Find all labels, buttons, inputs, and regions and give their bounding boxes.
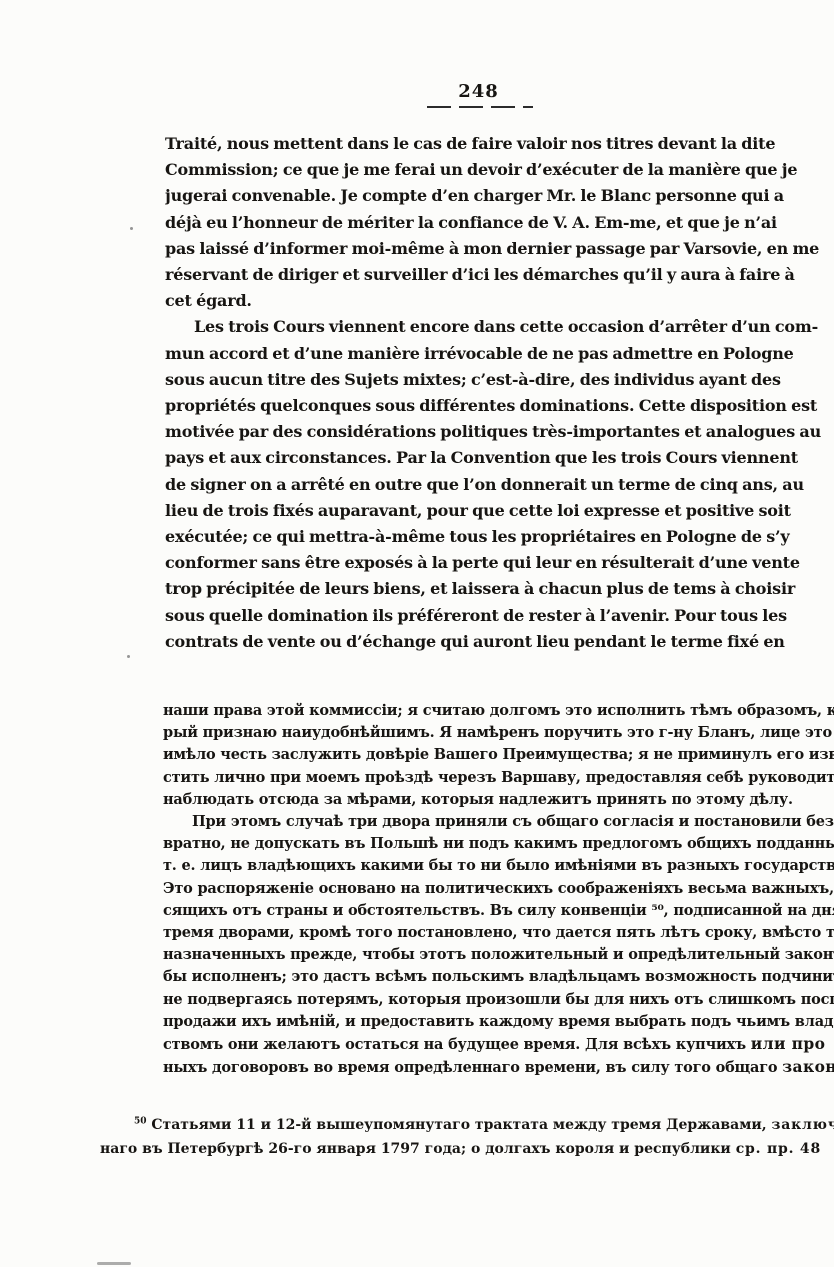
text-line: При этомъ случаѣ три двора приняли съ об… <box>163 811 834 833</box>
text-line: exécutée; ce qui mettra-à-même tous les … <box>165 524 834 550</box>
text-line: déjà eu l’honneur de mériter la confianc… <box>165 210 834 236</box>
emphasized-text: ср. пр. 48 <box>736 1141 821 1157</box>
text-line: pays et aux circonstances. Par la Conven… <box>165 445 834 471</box>
text-line: наблюдать отсюда за мѣрами, которыя надл… <box>163 789 834 811</box>
text-line: mun accord et d’une manière irrévocable … <box>165 341 834 367</box>
text-line: réservant de diriger et surveiller d’ici… <box>165 262 834 288</box>
scan-speck <box>127 655 130 658</box>
text-line: sous aucun titre des Sujets mixtes; c’es… <box>165 367 834 393</box>
text-line: стить лично при моемъ проѣздѣ черезъ Вар… <box>163 767 834 789</box>
footnote-line: наго въ Петербургѣ 26-го января 1797 год… <box>100 1137 834 1161</box>
french-paragraph-2: Les trois Cours viennent encore dans cet… <box>165 314 834 655</box>
text-line: Traité, nous mettent dans le cas de fair… <box>165 131 834 157</box>
text-line: т. е. лицъ владѣющихъ какими бы то ни бы… <box>163 855 834 877</box>
emphasized-text: заключе <box>772 1117 834 1133</box>
page-number-rule <box>427 106 533 108</box>
footnote-marker: 50 <box>134 1116 147 1126</box>
text-line: не подвергаясь потерямъ, которыя произош… <box>163 989 834 1011</box>
scan-speck <box>130 227 133 230</box>
text-line: contrats de vente ou d’échange qui auron… <box>165 629 834 655</box>
text-line: jugerai convenable. Je compte d’en charg… <box>165 183 834 209</box>
text-line: тремя дворами, кромѣ того постановлено, … <box>163 922 834 944</box>
emphasized-text: закона, <box>782 1057 834 1076</box>
text-line: Это распоряженіе основано на политически… <box>163 878 834 900</box>
text-line: Les trois Cours viennent encore dans cet… <box>165 314 834 340</box>
french-paragraph-1: Traité, nous mettent dans le cas de fair… <box>165 131 834 314</box>
emphasized-text: или про <box>751 1034 826 1053</box>
text-line: сящихъ отъ страны и обстоятельствъ. Въ с… <box>163 900 834 922</box>
text-line: наши права этой коммиссіи; я считаю долг… <box>163 700 834 722</box>
text-line: ствомъ они желаютъ остаться на будущее в… <box>163 1033 834 1056</box>
text-line: имѣло честь заслужить довѣріе Вашего Пре… <box>163 744 834 766</box>
page-number: 248 <box>165 81 792 102</box>
text-line: lieu de trois fixés auparavant, pour que… <box>165 498 834 524</box>
text-line: cet égard. <box>165 288 834 314</box>
text-line: pas laissé d’informer moi-même à mon der… <box>165 236 834 262</box>
text-segment: наго въ Петербургѣ 26-го января 1797 год… <box>100 1141 736 1157</box>
russian-paragraph-1: наши права этой коммиссіи; я считаю долг… <box>163 700 834 811</box>
footnote-block: 50 Статьями 11 и 12-й вышеупомянутаго тр… <box>100 1113 834 1161</box>
text-line: motivée par des considérations politique… <box>165 419 834 445</box>
scan-speck <box>97 1262 131 1265</box>
text-segment: Статьями 11 и 12-й вышеупомянутаго тракт… <box>151 1117 771 1133</box>
text-line: продажи ихъ имѣній, и предоставить каждо… <box>163 1011 834 1033</box>
book-page: 248 Traité, nous mettent dans le cas de … <box>0 0 834 1267</box>
text-segment: ныхъ договоровъ во время опредѣленнаго в… <box>163 1059 782 1076</box>
text-segment: ствомъ они желаютъ остаться на будущее в… <box>163 1036 751 1053</box>
text-line: propriétés quelconques sous différentes … <box>165 393 834 419</box>
text-line: sous quelle domination ils préféreront d… <box>165 603 834 629</box>
text-line: conformer sans être exposés à la perte q… <box>165 550 834 576</box>
footnote-line: 50 Статьями 11 и 12-й вышеупомянутаго тр… <box>100 1113 834 1137</box>
text-line: trop précipitée de leurs biens, et laiss… <box>165 576 834 602</box>
french-text-block: Traité, nous mettent dans le cas de fair… <box>165 131 834 655</box>
text-line: рый признаю наиудобнѣйшимъ. Я намѣренъ п… <box>163 722 834 744</box>
text-line: назначенныхъ прежде, чтобы этотъ положит… <box>163 944 834 966</box>
russian-text-block: наши права этой коммиссіи; я считаю долг… <box>163 700 834 1079</box>
text-line: ныхъ договоровъ во время опредѣленнаго в… <box>163 1056 834 1079</box>
text-line: Commission; ce que je me ferai un devoir… <box>165 157 834 183</box>
text-line: бы исполненъ; это дастъ всѣмъ польскимъ … <box>163 966 834 988</box>
text-line: вратно, не допускать въ Польшѣ ни подъ к… <box>163 833 834 855</box>
russian-paragraph-2: При этомъ случаѣ три двора приняли съ об… <box>163 811 834 1033</box>
text-line: de signer on a arrêté en outre que l’on … <box>165 472 834 498</box>
